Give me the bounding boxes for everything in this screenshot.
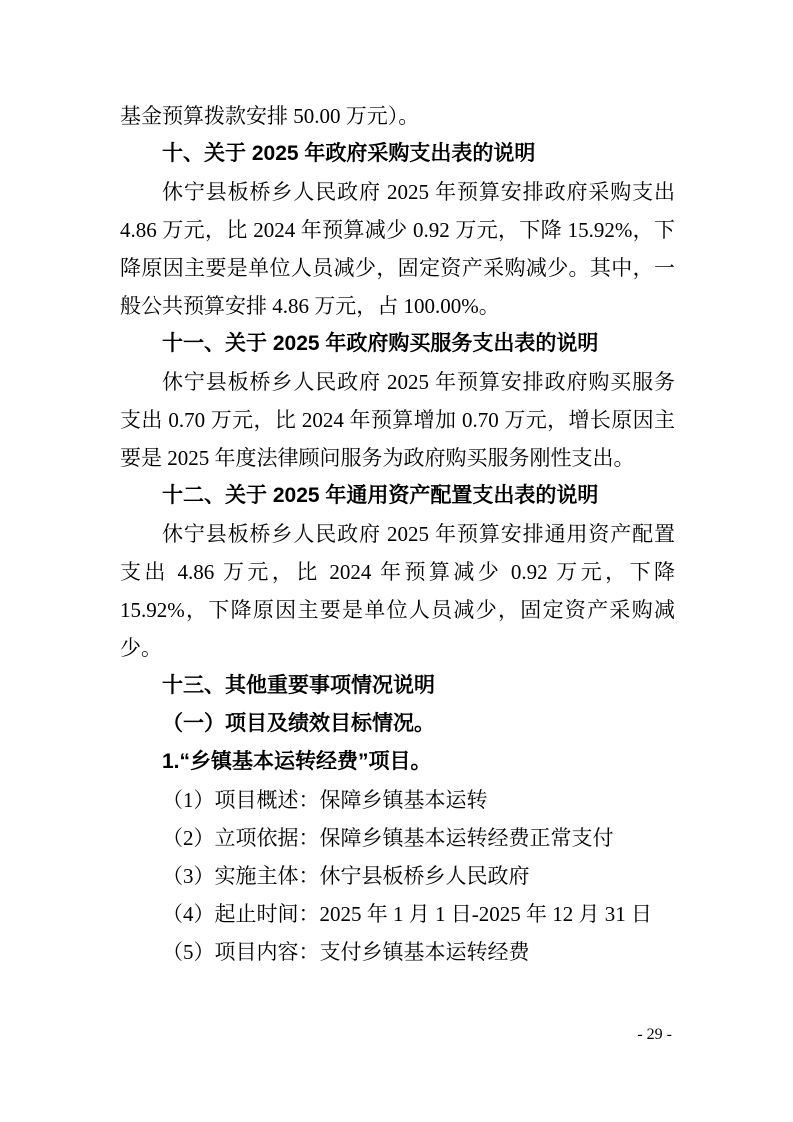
document-page: 基金预算拨款安排 50.00 万元）。 十、关于 2025 年政府采购支出表的说… bbox=[0, 0, 793, 1122]
project-heading-1: 1.“乡镇基本运转经费”项目。 bbox=[120, 743, 675, 781]
paragraph-section-10: 休宁县板桥乡人民政府 2025 年预算安排政府采购支出 4.86 万元，比 20… bbox=[120, 173, 675, 325]
paragraph-section-11: 休宁县板桥乡人民政府 2025 年预算安排政府购买服务支出 0.70 万元，比 … bbox=[120, 363, 675, 477]
page-number: - 29 - bbox=[637, 1024, 672, 1046]
section-heading-11: 十一、关于 2025 年政府购买服务支出表的说明 bbox=[120, 325, 675, 363]
section-heading-10: 十、关于 2025 年政府采购支出表的说明 bbox=[120, 135, 675, 173]
subsection-heading-1: （一）项目及绩效目标情况。 bbox=[120, 705, 675, 743]
project-detail-item-5: （5）项目内容：支付乡镇基本运转经费 bbox=[120, 933, 675, 971]
project-detail-item-1: （1）项目概述：保障乡镇基本运转 bbox=[120, 781, 675, 819]
project-detail-item-4: （4）起止时间：2025 年 1 月 1 日-2025 年 12 月 31 日 bbox=[120, 895, 675, 933]
project-detail-item-3: （3）实施主体：休宁县板桥乡人民政府 bbox=[120, 857, 675, 895]
section-heading-13: 十三、其他重要事项情况说明 bbox=[120, 667, 675, 705]
section-heading-12: 十二、关于 2025 年通用资产配置支出表的说明 bbox=[120, 477, 675, 515]
paragraph-section-12: 休宁县板桥乡人民政府 2025 年预算安排通用资产配置支出 4.86 万元，比 … bbox=[120, 515, 675, 667]
paragraph-continuation: 基金预算拨款安排 50.00 万元）。 bbox=[120, 97, 675, 135]
project-detail-item-2: （2）立项依据：保障乡镇基本运转经费正常支付 bbox=[120, 819, 675, 857]
